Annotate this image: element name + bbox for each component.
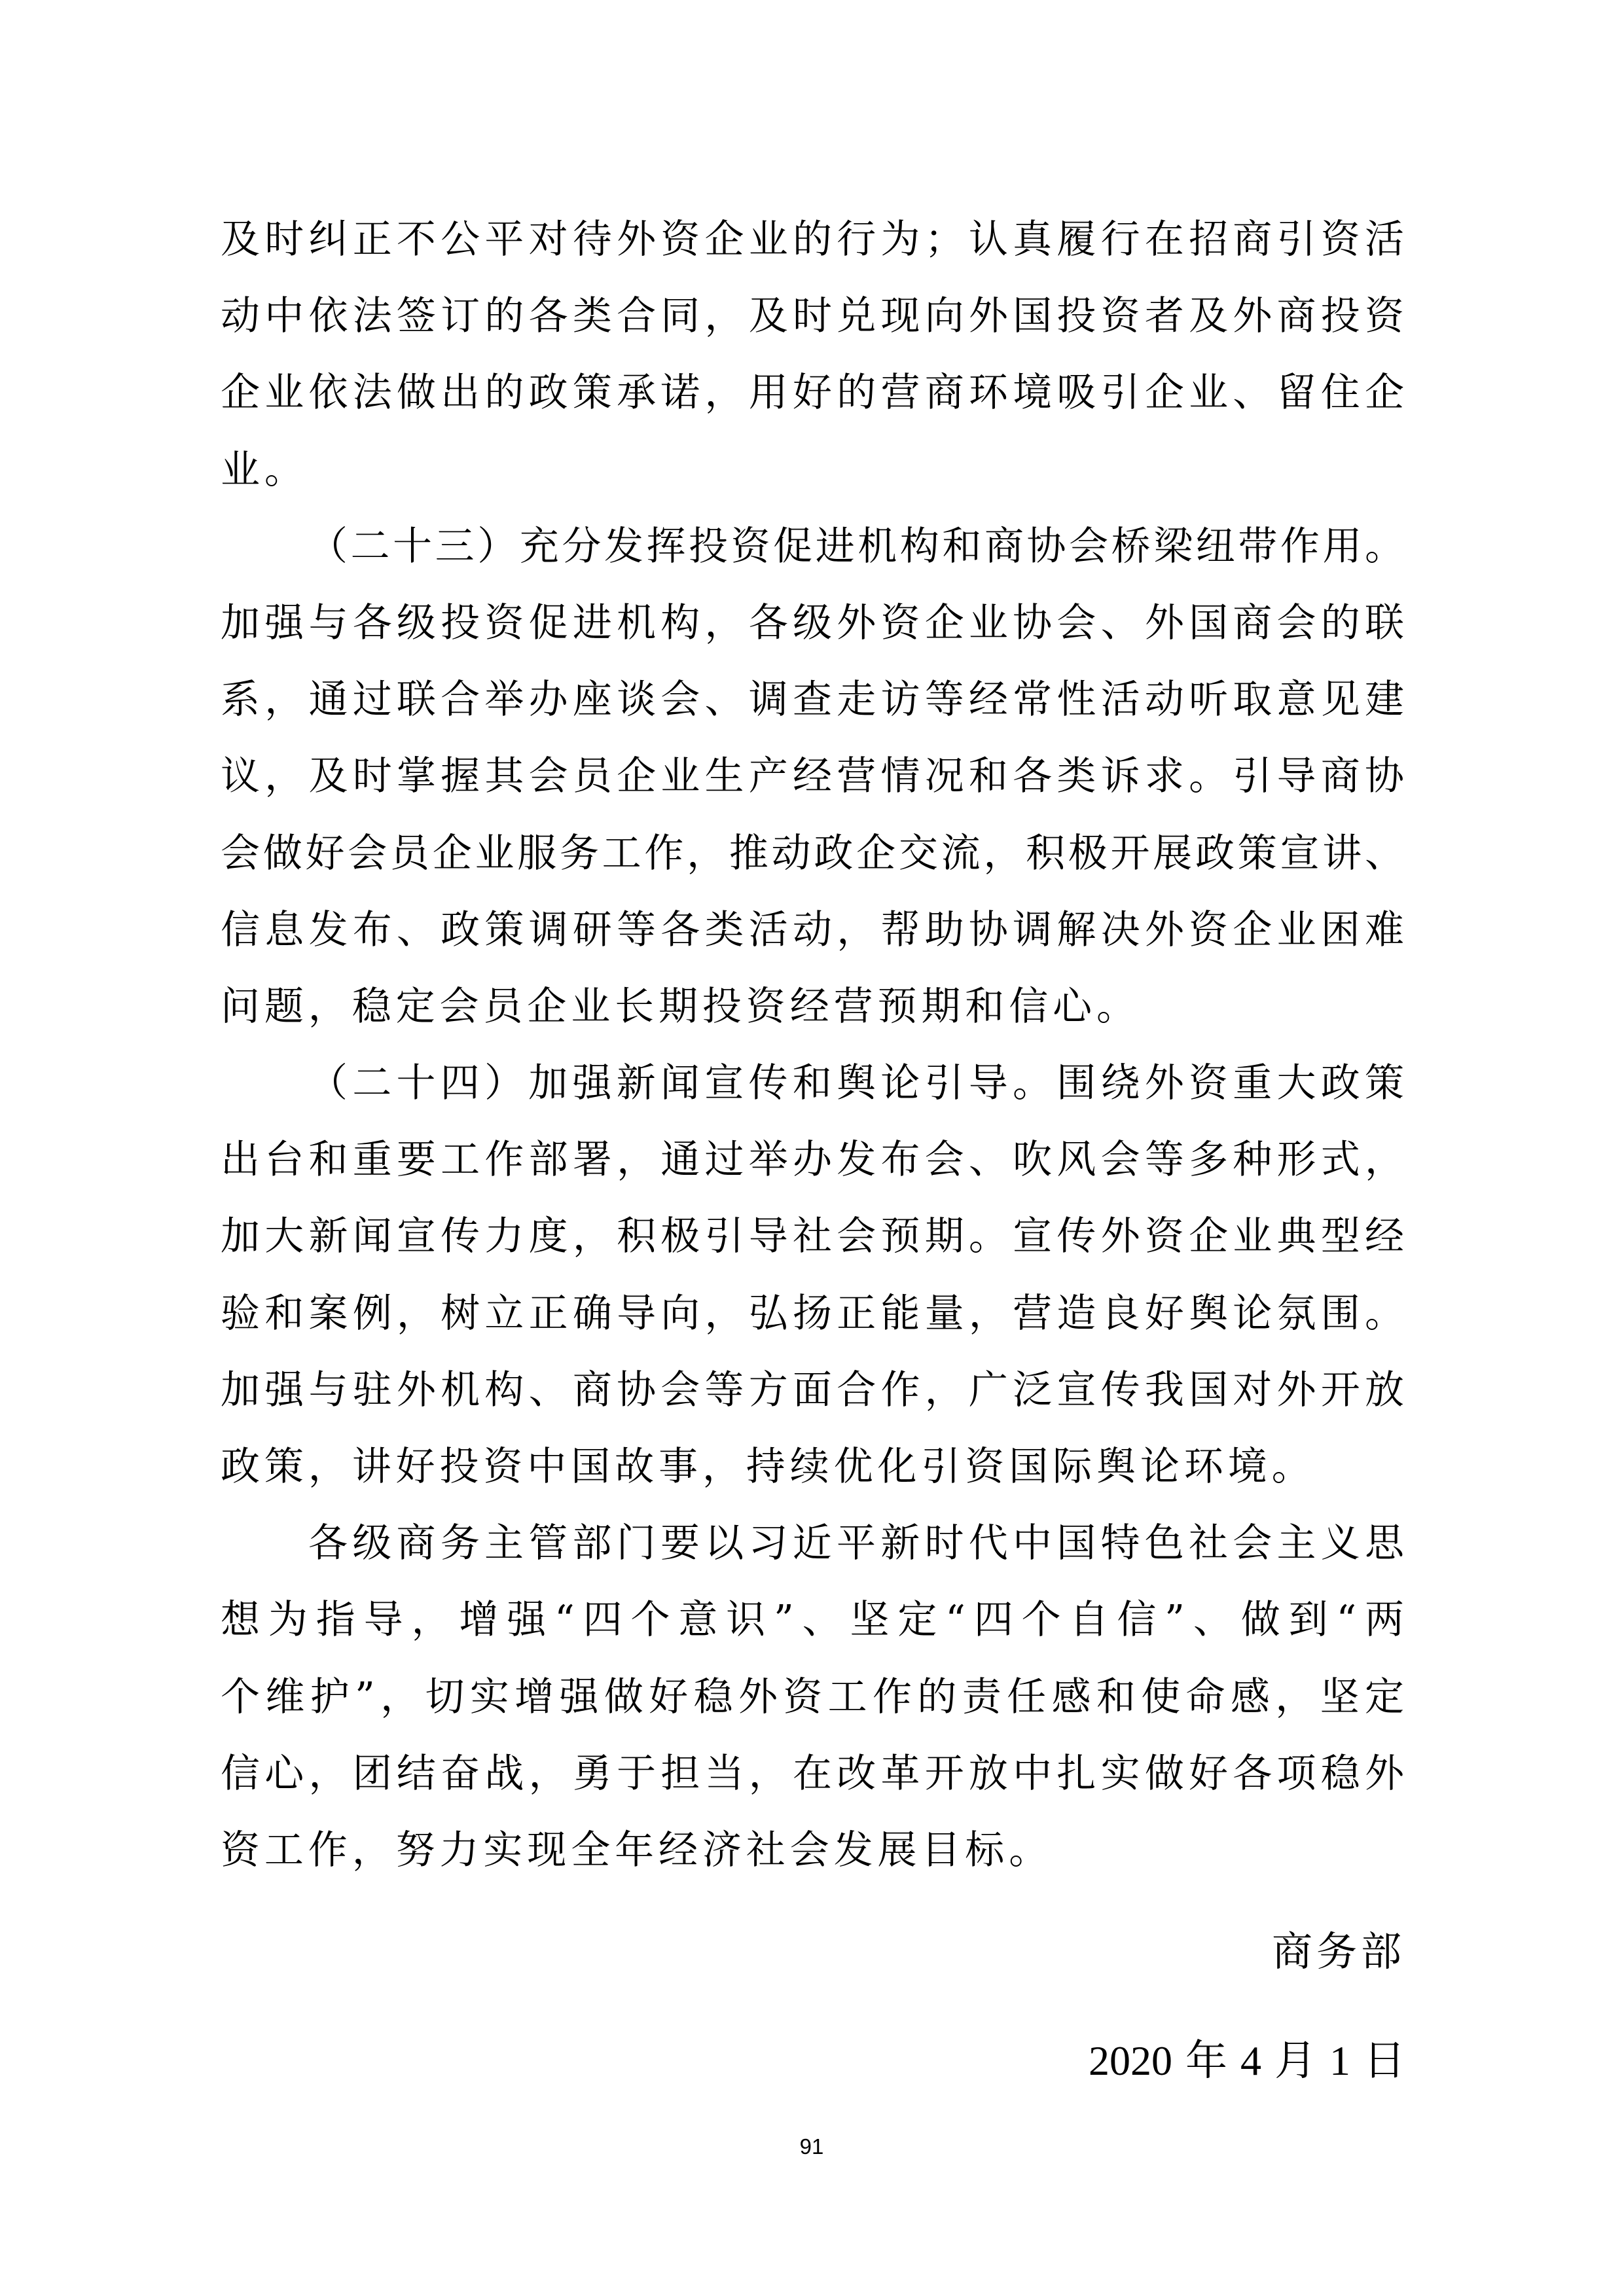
text-line: 加强与各级投资促进机构，各级外资企业协会、外国商会的联: [221, 585, 1404, 662]
section-heading-line: （二十三）充分发挥投资促进机构和商协会桥梁纽带作用。: [221, 509, 1404, 585]
text-line: 加大新闻宣传力度，积极引导社会预期。宣传外资企业典型经: [221, 1198, 1404, 1275]
text-line: 加强与驻外机构、商协会等方面合作，广泛宣传我国对外开放: [221, 1352, 1404, 1429]
text-line: 信心，团结奋战，勇于担当，在改革开放中扎实做好各项稳外: [221, 1736, 1404, 1812]
signature-organization: 商务部: [1272, 1914, 1403, 1991]
text-line: 各级商务主管部门要以习近平新时代中国特色社会主义思: [221, 1505, 1404, 1582]
text-line: 问题，稳定会员企业长期投资经营预期和信心。: [221, 969, 1404, 1045]
section-heading-line: （二十四）加强新闻宣传和舆论引导。围绕外资重大政策: [221, 1045, 1404, 1122]
text-line: 系，通过联合举办座谈会、调查走访等经常性活动听取意见建: [221, 662, 1404, 738]
document-body: 及时纠正不公平对待外资企业的行为；认真履行在招商引资活 动中依法签订的各类合同，…: [221, 202, 1404, 1889]
paragraph-closing: 各级商务主管部门要以习近平新时代中国特色社会主义思 想为指导，增强“四个意识”、…: [221, 1505, 1404, 1889]
text-line: 企业依法做出的政策承诺，用好的营商环境吸引企业、留住企: [221, 355, 1404, 431]
document-page: 及时纠正不公平对待外资企业的行为；认真履行在招商引资活 动中依法签订的各类合同，…: [0, 0, 1624, 2296]
paragraph-item-23: （二十三）充分发挥投资促进机构和商协会桥梁纽带作用。 加强与各级投资促进机构，各…: [221, 509, 1404, 1045]
paragraph-item-24: （二十四）加强新闻宣传和舆论引导。围绕外资重大政策 出台和重要工作部署，通过举办…: [221, 1045, 1404, 1505]
text-line: 及时纠正不公平对待外资企业的行为；认真履行在招商引资活: [221, 202, 1404, 278]
text-line: 个维护”，切实增强做好稳外资工作的责任感和使命感，坚定: [221, 1659, 1404, 1736]
text-line: 动中依法签订的各类合同，及时兑现向外国投资者及外商投资: [221, 278, 1404, 355]
text-line: 资工作，努力实现全年经济社会发展目标。: [221, 1812, 1404, 1889]
text-line: 想为指导，增强“四个意识”、坚定“四个自信”、做到“两: [221, 1582, 1404, 1659]
page-number: 91: [785, 2132, 838, 2161]
signature-date: 2020 年 4 月 1 日: [1089, 2022, 1403, 2099]
text-line: 会做好会员企业服务工作，推动政企交流，积极开展政策宣讲、: [221, 816, 1404, 892]
text-line: 政策，讲好投资中国故事，持续优化引资国际舆论环境。: [221, 1429, 1404, 1505]
text-line: 业。: [221, 432, 1404, 509]
paragraph-continuation: 及时纠正不公平对待外资企业的行为；认真履行在招商引资活 动中依法签订的各类合同，…: [221, 202, 1404, 509]
text-line: 信息发布、政策调研等各类活动，帮助协调解决外资企业困难: [221, 892, 1404, 969]
text-line: 验和案例，树立正确导向，弘扬正能量，营造良好舆论氛围。: [221, 1276, 1404, 1352]
text-line: 出台和重要工作部署，通过举办发布会、吹风会等多种形式，: [221, 1122, 1404, 1198]
text-line: 议，及时掌握其会员企业生产经营情况和各类诉求。引导商协: [221, 738, 1404, 815]
